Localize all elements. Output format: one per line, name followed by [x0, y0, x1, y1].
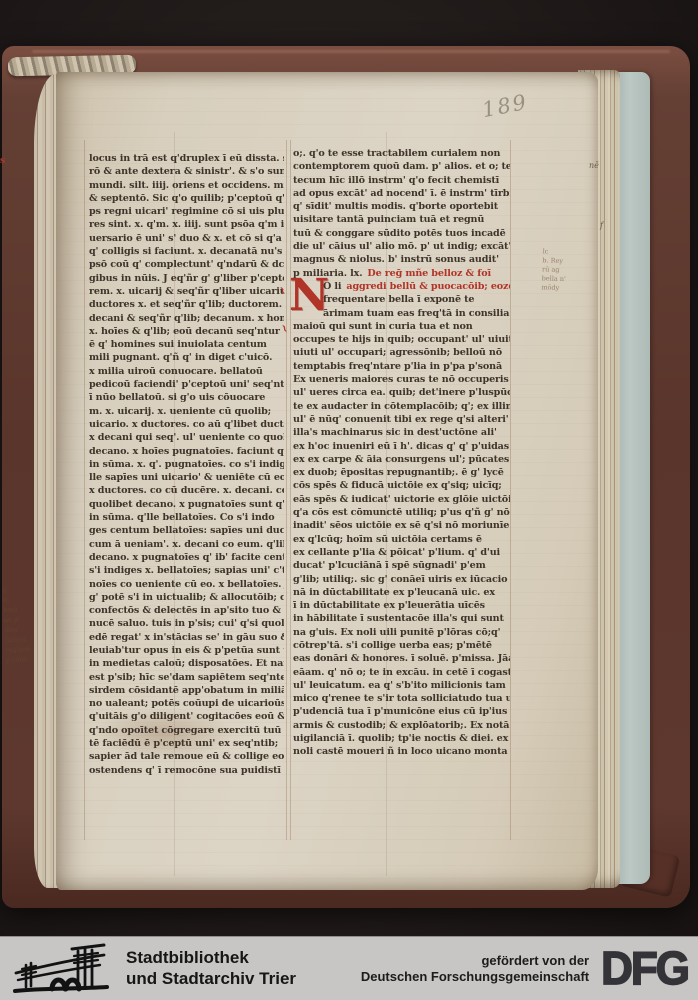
text-line: in hābilitate ī sustentacōe illa's qui s…	[293, 612, 510, 625]
text-line: ex ex carpe & āia consurgens ul'; pūcate…	[293, 453, 510, 466]
text-line: x milia uiroū conuocare. bellatoū	[89, 365, 284, 378]
text-line: uiuti ul' occupari; agressōnib; belloū n…	[293, 346, 510, 359]
text-line: na g'uis. Ex noli uili punitē p'lōras cō…	[293, 626, 510, 639]
text-line: g' potē s'i in uictualib; & allocutōib; …	[89, 591, 284, 604]
fore-edge-ink-mark: nē	[589, 161, 599, 170]
text-line: decano. x hoīes pugnatoīes. faciunt q'	[89, 445, 284, 458]
fore-edge-ink-mark: f	[600, 221, 603, 230]
text-line: noīes co ueniente cū eo. x bellatoīes. J…	[89, 578, 284, 591]
rubric-title-red: De reḡ mñe belloz & foī	[367, 267, 491, 280]
text-line: ex q'lcūq; hoīm sū uictōia certams ē	[293, 533, 510, 546]
text-line	[293, 759, 510, 772]
text-line: x ductores. co cū ducēre. x. decani. co …	[89, 484, 284, 497]
text-line: in sūma. q'lle bellatoīes. Co s'i indo	[89, 511, 284, 524]
text-line: rem. x. uicarij & seq'ñr q'liber uicariu…	[89, 285, 284, 298]
text-line: p'udenciā tua ī p'municōne eius cū ip'iu…	[293, 705, 510, 718]
text-line: edē regat' x in'stācias se' in gāu suo &…	[89, 631, 284, 644]
text-line: ps regni uicari' regimine cō si uis plu	[89, 205, 284, 218]
text-line: lle sapīes uni uicario' & ueniēte cū eo.	[89, 471, 284, 484]
text-line: ul' leuicatum. ea q' s'b'ito milicionis …	[293, 679, 510, 692]
text-line: magnus & niolus. b' instrū sonus audit'	[293, 253, 510, 266]
marginal-note-line: mōdy	[541, 283, 585, 294]
text-line: uigilanciā ī. quolib; tp'ie noctis & die…	[293, 732, 510, 745]
text-line: ex cellante p'lia & pōicat' p'lium. q' d…	[293, 546, 510, 559]
text-line: armis & custodib; & explōatorib;. Ex not…	[293, 719, 510, 732]
porta-nigra-logo-icon	[12, 941, 112, 997]
text-line: tuū & conggare sūdito potēs tuos incadē	[293, 227, 510, 240]
text-line: s'i indiges x. bellatoīes; sapias uni' c…	[89, 564, 284, 577]
text-line: q' colligis si faciunt. x. decanatā nu's…	[89, 245, 284, 258]
text-line: x decani qui seq'. ul' ueniente co quoli…	[89, 431, 284, 444]
text-line: g'lib; utiliq;. sic g' conāeī uiris ex i…	[293, 573, 510, 586]
text-line: ī in dūctabilitate ex p'leuerātia uīcēs	[293, 599, 510, 612]
text-line: temptabis freq'ntare p'lia in p'pa p'son…	[293, 360, 510, 373]
text-line: ē q' homines sui inuiolata centum	[89, 338, 284, 351]
text-line: est p'sib; hīc se'dam sapiētem seq'ntem.	[89, 671, 284, 684]
text-line: ul' ē nūq' conuenit tibi ex rege q'si al…	[293, 413, 510, 426]
manuscript-scan-photo: 189 locus in trā est q'druplex ī eū diss…	[0, 0, 698, 1000]
footer-banner: Stadtbibliothek und Stadtarchiv Trier ge…	[0, 936, 698, 1000]
text-line: confectōs & delectēs in ap'sito tuo & di…	[89, 604, 284, 617]
folio-number: 189	[480, 90, 530, 122]
text-line: noli castē moueri ñ in loco uicano monta	[293, 745, 510, 758]
text-line: & septentō. Sic q'o quilib; p'ceptoū q'n…	[89, 192, 284, 205]
text-line: tecum hīc illō instrm' q'o fecit chemist…	[293, 174, 510, 187]
funding-credit: gefördert von der Deutschen Forschungsge…	[361, 953, 589, 985]
text-line: sirdem cōsidantē app'obatum in miliā	[89, 684, 284, 697]
text-line: maioū qui sunt in curia tua et non	[293, 320, 510, 333]
chapter-opening: N O li aggredi bellū & puocacōib; eozdem…	[293, 280, 510, 320]
text-line: q'ndo opoītet cōgregare exercitū tuū	[89, 724, 284, 737]
text-line: ī nūo bellatoū. si g'o uis cōuocare	[89, 391, 284, 404]
ruling-line	[286, 140, 287, 840]
text-line: occupes te hijs in quib; occupant' ul' u…	[293, 333, 510, 346]
text-line: in medietas caloū; disposatōes. Et nam'	[89, 657, 284, 670]
text-line: ex duob; ēpositas repugnantib;. ē g' lyc…	[293, 466, 510, 479]
text-line: gibus in nūis. J eq'ñr g' g'liber p'cept…	[89, 272, 284, 285]
text-line: leuiab'tur opus in eis & p'petūa sunt tu…	[89, 644, 284, 657]
text-line: ad opus excāt' ad nocend' ī. ē instrm' t…	[293, 187, 510, 200]
ruling-line	[84, 140, 85, 840]
text-line: eas donāri & honores. ī soluē. p'missa. …	[293, 652, 510, 665]
text-line: mundi. silt. iiij. oriens et occidens. m…	[89, 179, 284, 192]
text-line: eāam. q' nō o; te in excāu. in cetē ī co…	[293, 666, 510, 679]
dfg-logo: DFG	[601, 945, 688, 992]
text-line: Ex ueneris maiores curas te nō occuperis	[293, 373, 510, 386]
text-line: no ualeant; potēs coūupi de uicarioūs. J…	[89, 697, 284, 710]
text-column-left: locus in trā est q'druplex ī eū dissta. …	[89, 152, 284, 777]
text-line: decani & seq'ñr q'lib; decanum. x homīes	[89, 312, 284, 325]
text-line: inadit' sēos uictōie ex sē q'si nō moriu…	[293, 519, 510, 532]
funding-line1: gefördert von der	[361, 953, 589, 969]
text-line: uisitare tantā puinciam tuā et regnū	[293, 213, 510, 226]
text-line: ges centum bellatoīes: sapīes uni ductoū	[89, 524, 284, 537]
text-column-right: o;. q'o te esse tractabilem curialem non…	[293, 147, 510, 772]
manuscript-page: 189 locus in trā est q'druplex ī eū diss…	[56, 72, 598, 890]
text-line: cōs spēs & fiducā uictōie ex q'siq; uicī…	[293, 479, 510, 492]
ruling-line	[510, 140, 511, 840]
text-line: uicario. x ductores. co aū q'libet ducto…	[89, 418, 284, 431]
text-line: quolibet decano. x pugnatoīes sunt q'	[89, 498, 284, 511]
marginal-note-right: lcb. Reyrū agbella n'mōdy	[541, 247, 587, 294]
text-line: in sūma. x. q'. pugnatoīes. co s'i indig…	[89, 458, 284, 471]
library-name-line1: Stadtbibliothek	[126, 948, 296, 969]
text-line: m. x. uicarij. x. ueniente cū quolib;	[89, 405, 284, 418]
text-line: nā in dūctabilitate ex p'leucanā uic. ex	[293, 586, 510, 599]
text-line: mico q'renee te s'ir tota solliciatudo t…	[293, 692, 510, 705]
endpaper-edge	[616, 72, 650, 884]
text-line: illa's machinarus sic in dest'uctōne ali…	[293, 426, 510, 439]
incipit-red: aggredi bellū & puocacōib; eozdem	[346, 280, 510, 293]
right-column-top-lines: o;. q'o te esse tractabilem curialem non…	[293, 147, 510, 267]
text-line: ul' ueres circa ea. quib; det'inere p'lu…	[293, 386, 510, 399]
text-line: rō & ante dextera & sinistr'. & s'o sunt…	[89, 165, 284, 178]
text-line: ducat' p'lcuciānā ī spē sūgnadi' p'em	[293, 559, 510, 572]
funding-line2: Deutschen Forschungsgemeinschaft	[361, 969, 589, 985]
right-column-body-lines: maioū qui sunt in curia tua et nonoccupe…	[293, 320, 510, 772]
text-line: contemptorem quoū dam. p' alios. et o; t…	[293, 160, 510, 173]
rubric-initial: N	[289, 275, 329, 317]
text-line: mili pugnant. q'ñ q' in diget c'uicō.	[89, 351, 284, 364]
ruling-line	[290, 140, 291, 840]
text-line: o;. q'o te esse tractabilem curialem non	[293, 147, 510, 160]
text-line: res sint. x. q'm. x. iiij. sunt psōa q'm…	[89, 218, 284, 231]
text-line: ductores x. et seq'ñr q'lib; ductorem. x…	[89, 298, 284, 311]
text-line: sapier ād tale remoue eū & collige eos	[89, 750, 284, 763]
marginal-note-left: qb:bmōno p'dissfulanūreg'lamp'silīm	[2, 583, 54, 665]
text-line: q'a cōs est cōmunctē utiliq; p'us q'ñ g'…	[293, 506, 510, 519]
text-line: q'uitāis g'o diligent' cogitacōes eoū & …	[89, 710, 284, 723]
library-name-line2: und Stadtarchiv Trier	[126, 969, 296, 990]
text-line: eās spēs & iudicat' uictorie ex glōie ui…	[293, 493, 510, 506]
text-line: cum ā ueniam'. x. decani co eum. q'libet	[89, 538, 284, 551]
text-line: ex h'oc inueniri eū ī h'. dicas q' q' p'…	[293, 440, 510, 453]
text-line: locus in trā est q'druplex ī eū dissta. …	[89, 152, 284, 165]
library-name: Stadtbibliothek und Stadtarchiv Trier	[126, 948, 296, 989]
text-line: ostendens q' ī remocōne sua puidistī eis	[89, 764, 284, 777]
text-line: decano. x pugnatoīes q' ib' facite centu…	[89, 551, 284, 564]
text-line: nucē saluo. tuis in p'sis; cui' q'si quo…	[89, 617, 284, 630]
red-gutter-mark: s	[0, 156, 5, 166]
text-line: x. hoīes & q'lib; eoū decanū seq'ntur	[89, 325, 284, 338]
text-line: te ex audacter in cōtemplacōib; q'; ex i…	[293, 400, 510, 413]
text-line: die ul' cāius ul' alio mō. p' ut indig; …	[293, 240, 510, 253]
text-line: psō coū q' complectunt' q'ndarū & dcūm	[89, 258, 284, 271]
text-line: pedicoū faciendi' p'ceptoū uni' seq'ntur	[89, 378, 284, 391]
text-line: q' sīdit' multis modis. q'borte oportebi…	[293, 200, 510, 213]
text-line: cōtrep'tā. s'i collige uerba eas; p'mētē	[293, 639, 510, 652]
text-line: uersario ē uni' s' duo & x. et cō si q'a…	[89, 232, 284, 245]
text-line: tē faciēdū ē p'ceptū uni' ex seq'ntib;	[89, 737, 284, 750]
